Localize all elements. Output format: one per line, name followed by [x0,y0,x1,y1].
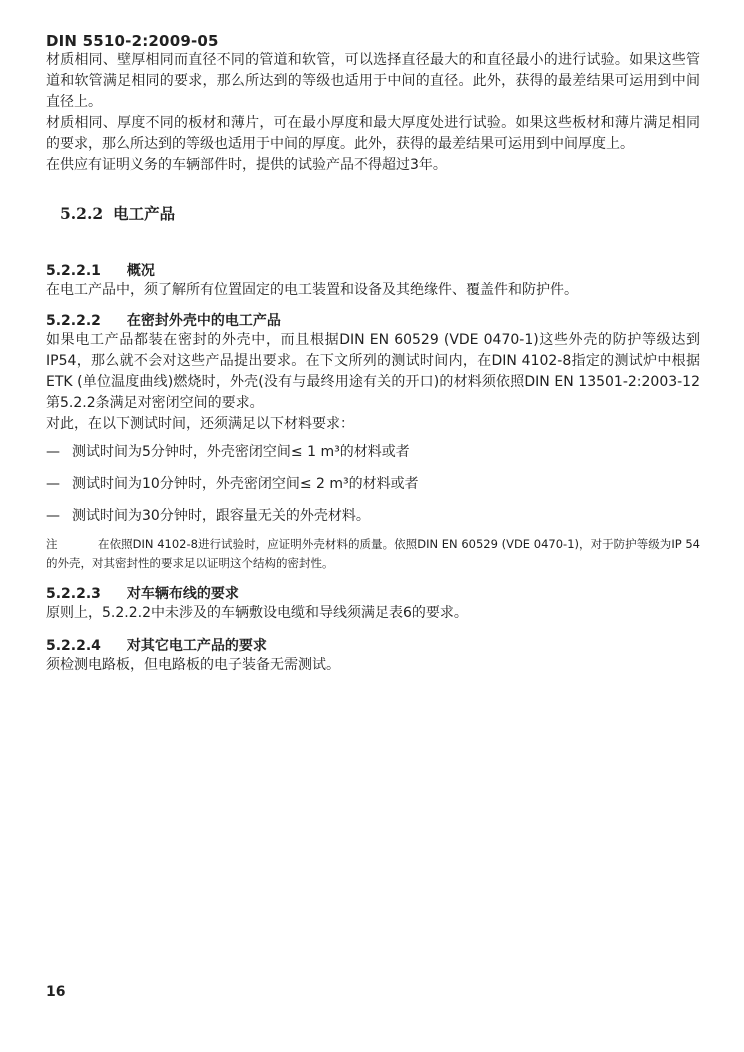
bullet-item-10min: — 测试时间为10分钟时，外壳密闭空间≤ 2 m³的材料或者 [46,474,700,495]
paragraph-sheets-foils: 材质相同、厚度不同的板材和薄片，可在最小厚度和最大厚度处进行试验。如果这些板材和… [46,113,700,155]
paragraph-5223-wiring: 原则上，5.2.2.2中未涉及的车辆敷设电缆和导线须满足表6的要求。 [46,603,700,624]
bullet-item-30min: — 测试时间为30分钟时，跟容量无关的外壳材料。 [46,506,700,527]
section-title: 电工产品 [113,204,175,223]
section-heading-522: 5.2.2电工产品 [60,204,700,224]
section-title: 对其它电工产品的要求 [127,638,267,654]
paragraph-pipes-hoses: 材质相同、壁厚相同而直径不同的管道和软管，可以选择直径最大的和直径最小的进行试验… [46,50,700,113]
section-number: 5.2.2.4 [46,638,101,654]
section-heading-5221: 5.2.2.1概况 [46,262,700,280]
section-number: 5.2.2.1 [46,263,101,279]
bullet-dash: — [46,442,72,463]
page-content: DIN 5510-2:2009-05 材质相同、壁厚相同而直径不同的管道和软管，… [46,33,700,676]
paragraph-supply-limit: 在供应有证明义务的车辆部件时，提供的试验产品不得超过3年。 [46,155,700,176]
page-number: 16 [46,984,65,1000]
bullet-text: 测试时间为5分钟时，外壳密闭空间≤ 1 m³的材料或者 [72,442,410,463]
document-page: DIN 5510-2:2009-05 材质相同、壁厚相同而直径不同的管道和软管，… [0,0,744,1052]
bullet-item-5min: — 测试时间为5分钟时，外壳密闭空间≤ 1 m³的材料或者 [46,442,700,463]
bullet-text: 测试时间为30分钟时，跟容量无关的外壳材料。 [72,506,370,527]
section-number: 5.2.2.2 [46,313,101,329]
section-number: 5.2.2.3 [46,586,101,602]
section-number: 5.2.2 [60,204,103,223]
bullet-dash: — [46,506,72,527]
note-text: 在依照DIN 4102-8进行试验时，应证明外壳材料的质量。依照DIN EN 6… [46,537,700,570]
section-title: 在密封外壳中的电工产品 [127,313,281,329]
paragraph-5224-circuit-boards: 须检测电路板，但电路板的电子装备无需测试。 [46,655,700,676]
note-block: 注在依照DIN 4102-8进行试验时，应证明外壳材料的质量。依照DIN EN … [46,535,700,573]
document-header: DIN 5510-2:2009-05 [46,33,700,50]
section-heading-5222: 5.2.2.2在密封外壳中的电工产品 [46,312,700,330]
section-heading-5223: 5.2.2.3对车辆布线的要求 [46,585,700,603]
note-label: 注 [46,535,98,554]
paragraph-5221-overview: 在电工产品中，须了解所有位置固定的电工装置和设备及其绝缘件、覆盖件和防护件。 [46,280,700,301]
bullet-dash: — [46,474,72,495]
section-heading-5224: 5.2.2.4对其它电工产品的要求 [46,637,700,655]
section-title: 对车辆布线的要求 [127,586,239,602]
bullet-text: 测试时间为10分钟时，外壳密闭空间≤ 2 m³的材料或者 [72,474,419,495]
section-title: 概况 [127,263,155,279]
paragraph-5222-sealed-enclosures: 如果电工产品都装在密封的外壳中，而且根据DIN EN 60529 (VDE 04… [46,330,700,414]
paragraph-requirements-intro: 对此，在以下测试时间，还须满足以下材料要求： [46,414,700,435]
